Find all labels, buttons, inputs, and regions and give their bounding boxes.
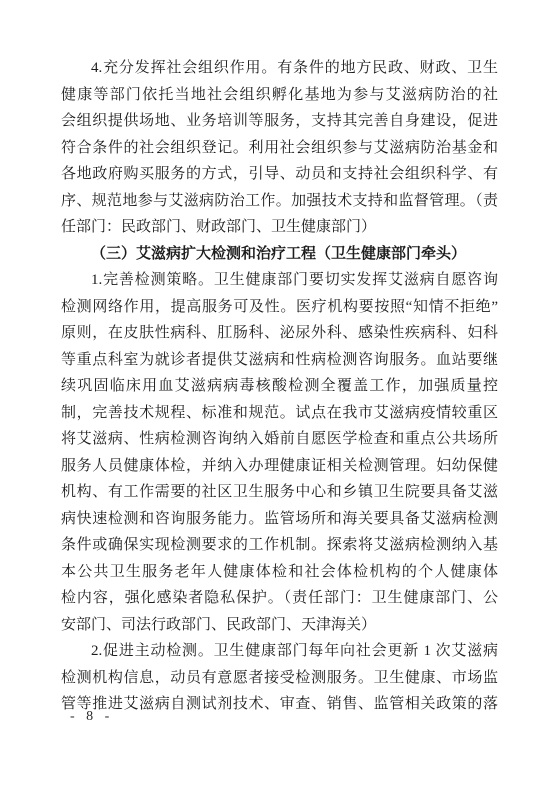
paragraph-line: 机构、有工作需要的社区卫生服务中心和乡镇卫生院要具备艾滋: [61, 479, 498, 506]
paragraph-line: 将艾滋病、性病检测咨询纳入婚前自愿医学检查和重点公共场所: [61, 426, 498, 453]
paragraph-line: 检测网络作用，提高服务可及性。医疗机构要按照“知情不拒绝”: [61, 294, 498, 321]
paragraph-line: 本公共卫生服务老年人健康体检和社会体检机构的个人健康体: [61, 559, 498, 586]
paragraph-line: 检内容，强化感染者隐私保护。（责任部门：卫生健康部门、公: [61, 585, 498, 612]
paragraph-line: 1.完善检测策略。卫生健康部门要切实发挥艾滋病自愿咨询: [61, 267, 498, 294]
document-page: 4.充分发挥社会组织作用。有条件的地方民政、财政、卫生 健康等部门依托当地社会组…: [0, 0, 558, 785]
paragraph-line: 服务人员健康体检，并纳入办理健康证相关检测管理。妇幼保健: [61, 453, 498, 480]
paragraph-line: 4.充分发挥社会组织作用。有条件的地方民政、财政、卫生: [61, 55, 498, 82]
paragraph-line: 制，完善技术规程、标准和规范。试点在我市艾滋病疫情较重区: [61, 400, 498, 427]
paragraph-line: 2.促进主动检测。卫生健康部门每年向社会更新 1 次艾滋病: [61, 638, 498, 665]
paragraph-line: 会组织提供场地、业务培训等服务，支持其完善自身建设，促进: [61, 108, 498, 135]
document-body: 4.充分发挥社会组织作用。有条件的地方民政、财政、卫生 健康等部门依托当地社会组…: [61, 55, 498, 718]
paragraph-line: 条件或确保实现检测要求的工作机制。探索将艾滋病检测纳入基: [61, 532, 498, 559]
paragraph-line: 续巩固临床用血艾滋病病毒核酸检测全覆盖工作，加强质量控: [61, 373, 498, 400]
paragraph-line: 检测机构信息，动员有意愿者接受检测服务。卫生健康、市场监: [61, 665, 498, 692]
paragraph-line: 管等推进艾滋病自测试剂技术、审查、销售、监管相关政策的落: [61, 691, 498, 718]
paragraph-line: 原则，在皮肤性病科、肛肠科、泌尿外科、感染性疾病科、妇科: [61, 320, 498, 347]
paragraph-line: 任部门：民政部门、财政部门、卫生健康部门）: [61, 214, 498, 241]
paragraph-line: 序、规范地参与艾滋病防治工作。加强技术支持和监督管理。（责: [61, 188, 498, 215]
section-heading: （三）艾滋病扩大检测和治疗工程（卫生健康部门牵头）: [61, 241, 498, 268]
paragraph-line: 健康等部门依托当地社会组织孵化基地为参与艾滋病防治的社: [61, 82, 498, 109]
paragraph-line: 安部门、司法行政部门、民政部门、天津海关）: [61, 612, 498, 639]
page-number: - 8 -: [70, 709, 113, 725]
paragraph-line: 各地政府购买服务的方式，引导、动员和支持社会组织科学、有: [61, 161, 498, 188]
paragraph-line: 等重点科室为就诊者提供艾滋病和性病检测咨询服务。血站要继: [61, 347, 498, 374]
paragraph-line: 符合条件的社会组织登记。利用社会组织参与艾滋病防治基金和: [61, 135, 498, 162]
paragraph-line: 病快速检测和咨询服务能力。监管场所和海关要具备艾滋病检测: [61, 506, 498, 533]
